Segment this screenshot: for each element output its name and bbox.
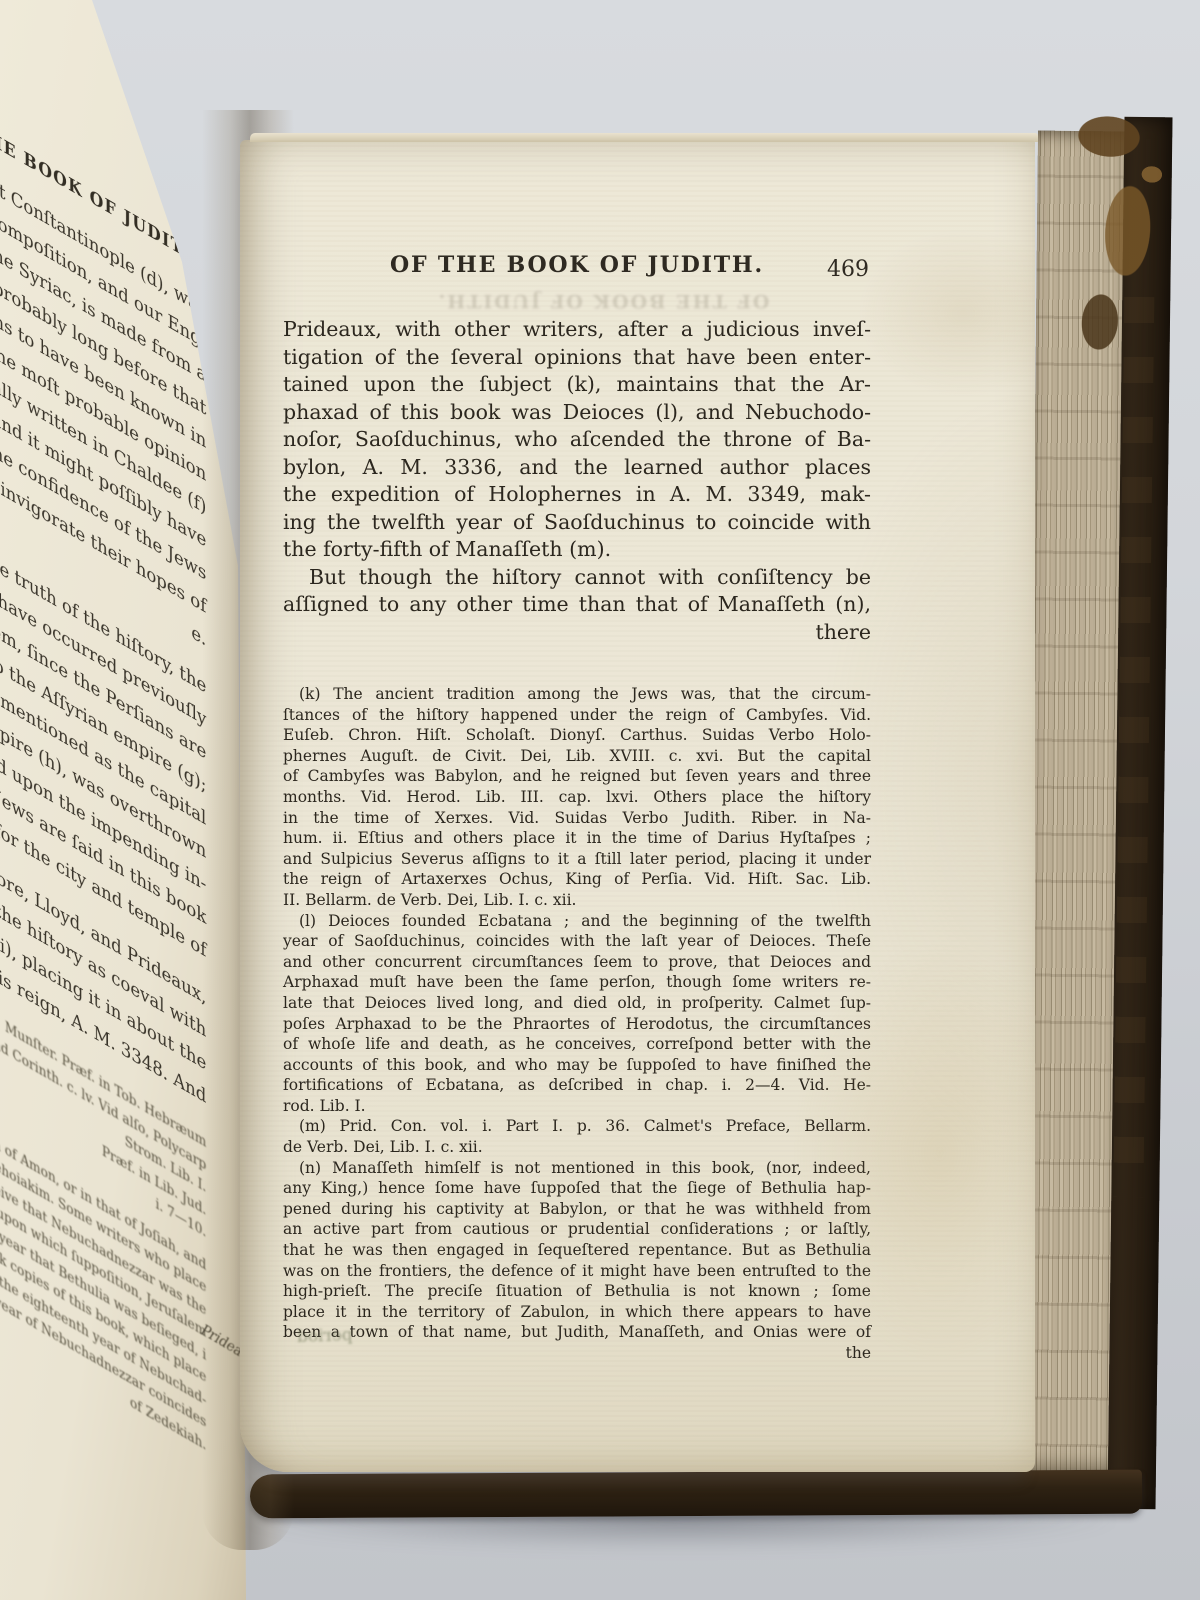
footnote-line: the	[283, 1343, 871, 1364]
footnote-line: (n) Manaſſeth himſelf is not mentioned i…	[283, 1158, 871, 1179]
footnote-line: pened during his captivity at Babylon, o…	[283, 1199, 871, 1220]
footnote-line: phernes Auguſt. de Civit. Dei, Lib. XVII…	[283, 746, 871, 767]
worn-corner	[1038, 104, 1184, 402]
photo-backdrop: F THE BOOK OF JUDITH. ed to have ſeen at…	[0, 0, 1200, 1600]
footnote-line: Arphaxad muſt have been the ſame perſon,…	[283, 972, 871, 993]
footnote-line: and other concurrent circumſtances ſeem …	[283, 952, 871, 973]
page-header: OF THE BOOK OF JUDITH.	[283, 252, 871, 278]
right-page: OF THE BOOK OF JUDITH. 469 OF THE BOOK O…	[240, 140, 1035, 1472]
footnote-line: Euſeb. Chron. Hiſt. Scholaſt. Dionyſ. Ca…	[283, 725, 871, 746]
main-text-line: there	[283, 619, 871, 647]
main-text-line: ing the twelfth year of Saoſduchinus to …	[283, 509, 871, 537]
footnote-line: place it in the territory of Zabulon, in…	[283, 1302, 871, 1323]
footnote-line: late that Deioces lived long, and died o…	[283, 993, 871, 1014]
footnote-line: of Cambyſes was Babylon, and he reigned …	[283, 766, 871, 787]
footnote-line: hum. ii. Eſtius and others place it in t…	[283, 828, 871, 849]
bleed-through-word: period	[297, 1325, 353, 1347]
footnote-line: II. Bellarm. de Verb. Dei, Lib. I. c. xi…	[283, 890, 871, 911]
footnote-line: months. Vid. Herod. Lib. III. cap. lxvi.…	[283, 787, 871, 808]
main-text-line: noſor, Saoſduchinus, who aſcended the th…	[283, 426, 871, 454]
footnote-line: that he was then engaged in ſequeſtered …	[283, 1240, 871, 1261]
footnote-line: the reign of Artaxerxes Ochus, King of P…	[283, 869, 871, 890]
footnote-line: rod. Lib. I.	[283, 1096, 871, 1117]
footnote-line: any King,) hence ſome have ſuppoſed that…	[283, 1178, 871, 1199]
main-text-block: Prideaux, with other writers, after a ju…	[283, 316, 871, 646]
footnote-line: (k) The ancient tradition among the Jews…	[283, 684, 871, 705]
main-text-line: aſſigned to any other time than that of …	[283, 591, 871, 619]
footnote-line: high-prieſt. The preciſe ſituation of Be…	[283, 1281, 871, 1302]
cover-edge-bottom	[250, 1470, 1142, 1519]
book: F THE BOOK OF JUDITH. ed to have ſeen at…	[0, 0, 1200, 1600]
footnote-line: accounts of this book, and who may be ſu…	[283, 1055, 871, 1076]
footnote-line: (l) Deioces founded Ecbatana ; and the b…	[283, 911, 871, 932]
main-text-line: tained upon the ſubject (k), maintains t…	[283, 371, 871, 399]
footnotes-block: (k) The ancient tradition among the Jews…	[283, 684, 871, 1364]
main-text-line: Prideaux, with other writers, after a ju…	[283, 316, 871, 344]
footnote-line: (m) Prid. Con. vol. i. Part I. p. 36. Ca…	[283, 1116, 871, 1137]
main-text-line: the expedition of Holophernes in A. M. 3…	[283, 481, 871, 509]
footnote-line: been a town of that name, but Judith, Ma…	[283, 1322, 871, 1343]
footnote-line: of whoſe life and death, as he conceives…	[283, 1034, 871, 1055]
footnote-line: in the time of Xerxes. Vid. Suidas Verbo…	[283, 808, 871, 829]
main-text-line: But though the hiſtory cannot with conſi…	[283, 564, 871, 592]
right-page-text-column: OF THE BOOK OF JUDITH. 469 OF THE BOOK O…	[283, 140, 871, 1472]
page-number: 469	[827, 257, 869, 282]
footnote-line: de Verb. Dei, Lib. I. c. xii.	[283, 1137, 871, 1158]
bleed-through-header: OF THE BOOK OF JUDITH.	[393, 290, 813, 312]
main-text-line: bylon, A. M. 3336, and the learned autho…	[283, 454, 871, 482]
footnote-line: an active part from cautious or prudenti…	[283, 1219, 871, 1240]
main-text-line: phaxad of this book was Deioces (l), and…	[283, 399, 871, 427]
main-text-line: tigation of the ſeveral opinions that ha…	[283, 344, 871, 372]
footnote-line: year of Saoſduchinus, coincides with the…	[283, 931, 871, 952]
footnote-line: and Sulpicius Severus aſſigns to it a ſt…	[283, 849, 871, 870]
footnote-line: was on the frontiers, the defence of it …	[283, 1261, 871, 1282]
footnote-line: ſtances of the hiſtory happened under th…	[283, 705, 871, 726]
footnote-line: poſes Arphaxad to be the Phraortes of He…	[283, 1014, 871, 1035]
footnote-line: fortifications of Ecbatana, as deſcribed…	[283, 1075, 871, 1096]
left-page-text: F THE BOOK OF JUDITH. ed to have ſeen at…	[0, 0, 206, 1457]
main-text-line: the forty-fifth of Manaſſeth (m).	[283, 536, 871, 564]
page-header-row: OF THE BOOK OF JUDITH. 469	[283, 140, 871, 282]
